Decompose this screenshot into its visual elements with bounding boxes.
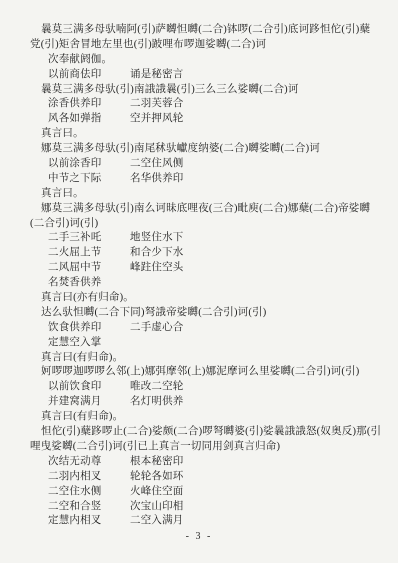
line-col1: 怛佗(引)蘖跢啰止(二合)娑颇(二合)啰弩嚩婆(引)娑曩誐誐怒(奴奥反)那(引 xyxy=(41,426,381,437)
line-col1: 妸啰啰迦啰啰么邻(上)娜弭摩邻(上)娜泥摩诃么里娑嚩(二合引)诃(引) xyxy=(41,366,359,377)
line-col1: 名焚香供养 xyxy=(48,277,102,288)
line-col2: 地竖住水下 xyxy=(130,232,184,243)
text-line: 定慧内相叉二空入满月 xyxy=(0,514,392,529)
line-col1: 二火屈上节 xyxy=(48,246,102,261)
text-line: 真言曰(有归命)。 xyxy=(0,410,392,425)
text-line: 二羽内相叉轮轮各如环 xyxy=(0,470,392,485)
line-col1: (二合引)诃(引) xyxy=(30,218,98,229)
line-col1: 二羽内相叉 xyxy=(48,470,102,485)
text-line: 哩曳娑嚩(二合引)诃(引已上真言一切同用剑真言归命) xyxy=(0,440,392,455)
line-col1: 二空住水侧 xyxy=(48,485,102,500)
text-line: 曩莫三满多母驮喃阿(引)萨嚩怛嚩(二合)钵啰(二合引)底诃跢怛佗(引)蘖 xyxy=(0,23,392,38)
line-col1: 定慧空入掌 xyxy=(48,337,102,348)
line-col1: 二手三补吒 xyxy=(48,231,102,246)
line-col2: 二空入满月 xyxy=(130,515,184,526)
text-body: 曩莫三满多母驮喃阿(引)萨嚩怛嚩(二合)钵啰(二合引)底诃跢怛佗(引)蘖 党(引… xyxy=(0,23,392,529)
text-line: 二手三补吒地竖住水下 xyxy=(0,231,392,246)
line-col1: 以前涂香印 xyxy=(48,157,102,172)
line-col2: 峰跓住空头 xyxy=(130,262,184,273)
text-line: 涂香供养印二羽芙蓉合 xyxy=(0,97,392,112)
line-col1: 党(引)矩舍冒地左里也(引)跛哩布啰迦娑嚩(二合)诃 xyxy=(30,39,266,50)
line-col1: 次结无动尊 xyxy=(48,455,102,470)
line-col1: 达么驮怛嚩(二合下同)弩誐帝娑嚩(二合引)诃(引) xyxy=(41,307,266,318)
text-line: 娜莫三满多母驮(引)南么诃昧底哩夜(三合)毗庾(二合)娜蘖(二合)帝娑嚩 xyxy=(0,202,392,217)
text-line: 真言曰(有归命)。 xyxy=(0,351,392,366)
text-line: 风各如弹指空并押风轮 xyxy=(0,112,392,127)
line-col1: 中节之下际 xyxy=(48,172,102,187)
text-line: 曩莫三满多母驮(引)南誐誐曩(引)三么三么娑嚩(二合)诃 xyxy=(0,83,392,98)
text-line: 二空和合竖次宝山印相 xyxy=(0,500,392,515)
text-line: 以前涂香印二空住风侧 xyxy=(0,157,392,172)
line-col2: 诵是秘密言 xyxy=(130,69,184,80)
text-line: 名焚香供养 xyxy=(0,276,392,291)
text-line: (二合引)诃(引) xyxy=(0,217,392,232)
line-col2: 轮轮各如环 xyxy=(130,471,184,482)
line-col1: 哩曳娑嚩(二合引)诃(引已上真言一切同用剑真言归命) xyxy=(30,441,280,452)
line-col2: 火峰住空面 xyxy=(130,486,184,497)
line-col1: 真言曰。 xyxy=(41,188,84,199)
line-col1: 娜莫三满多母驮(引)南尾秫驮巘度纳婆(二合)嚩娑嚩(二合)诃 xyxy=(41,143,320,154)
line-col1: 涂香供养印 xyxy=(48,97,102,112)
line-col1: 真言曰(有归命)。 xyxy=(41,411,123,422)
line-col2: 二羽芙蓉合 xyxy=(130,98,184,109)
line-col2: 次宝山印相 xyxy=(130,501,184,512)
scanned-document-page: 曩莫三满多母驮喃阿(引)萨嚩怛嚩(二合)钵啰(二合引)底诃跢怛佗(引)蘖 党(引… xyxy=(0,0,398,563)
line-col1: 定慧内相叉 xyxy=(48,514,102,529)
line-col1: 真言曰(有归命)。 xyxy=(41,352,123,363)
text-line: 真言曰。 xyxy=(0,187,392,202)
line-col1: 以前商佉印 xyxy=(48,68,102,83)
line-col2: 二空住风侧 xyxy=(130,158,184,169)
line-col2: 根本秘密印 xyxy=(130,456,184,467)
text-line: 党(引)矩舍冒地左里也(引)跛哩布啰迦娑嚩(二合)诃 xyxy=(0,38,392,53)
line-col1: 曩莫三满多母驮(引)南誐誐曩(引)三么三么娑嚩(二合)诃 xyxy=(41,84,299,95)
text-line: 饮食供养印二手虚心合 xyxy=(0,321,392,336)
text-line: 以前商佉印诵是秘密言 xyxy=(0,68,392,83)
text-line: 次结无动尊根本秘密印 xyxy=(0,455,392,470)
text-line: 以前饮食印唯改二空轮 xyxy=(0,380,392,395)
line-col2: 唯改二空轮 xyxy=(130,381,184,392)
line-col1: 真言曰。 xyxy=(41,128,84,139)
text-line: 二风屈中节峰跓住空头 xyxy=(0,261,392,276)
line-col1: 二空和合竖 xyxy=(48,500,102,515)
line-col2: 空并押风轮 xyxy=(130,113,184,124)
line-col2: 和合少下水 xyxy=(130,247,184,258)
line-col1: 以前饮食印 xyxy=(48,380,102,395)
text-line: 中节之下际名华供养印 xyxy=(0,172,392,187)
text-line: 二火屈上节和合少下水 xyxy=(0,246,392,261)
text-line: 真言曰。 xyxy=(0,127,392,142)
line-col1: 饮食供养印 xyxy=(48,321,102,336)
line-col2: 名华供养印 xyxy=(130,173,184,184)
line-col1: 娜莫三满多母驮(引)南么诃昧底哩夜(三合)毗庾(二合)娜蘖(二合)帝娑嚩 xyxy=(41,203,370,214)
text-line: 怛佗(引)蘖跢啰止(二合)娑颇(二合)啰弩嚩婆(引)娑曩誐誐怒(奴奥反)那(引 xyxy=(0,425,392,440)
text-line: 妸啰啰迦啰啰么邻(上)娜弭摩邻(上)娜泥摩诃么里娑嚩(二合引)诃(引) xyxy=(0,365,392,380)
page-number: - 3 - xyxy=(0,531,398,542)
text-line: 娜莫三满多母驮(引)南尾秫驮巘度纳婆(二合)嚩娑嚩(二合)诃 xyxy=(0,142,392,157)
text-line: 次奉献阏伽。 xyxy=(0,53,392,68)
text-line: 二空住水侧火峰住空面 xyxy=(0,485,392,500)
line-col1: 风各如弹指 xyxy=(48,112,102,127)
line-col2: 名灯明供养 xyxy=(130,396,184,407)
line-col1: 二风屈中节 xyxy=(48,261,102,276)
text-line: 真言曰(亦有归命)。 xyxy=(0,291,392,306)
line-col2: 二手虚心合 xyxy=(130,322,184,333)
line-col1: 次奉献阏伽。 xyxy=(48,54,112,65)
line-col1: 真言曰(亦有归命)。 xyxy=(41,292,134,303)
line-col1: 曩莫三满多母驮喃阿(引)萨嚩怛嚩(二合)钵啰(二合引)底诃跢怛佗(引)蘖 xyxy=(41,24,370,35)
line-col1: 并建窝满月 xyxy=(48,395,102,410)
text-line: 并建窝满月名灯明供养 xyxy=(0,395,392,410)
text-line: 定慧空入掌 xyxy=(0,336,392,351)
text-line: 达么驮怛嚩(二合下同)弩誐帝娑嚩(二合引)诃(引) xyxy=(0,306,392,321)
